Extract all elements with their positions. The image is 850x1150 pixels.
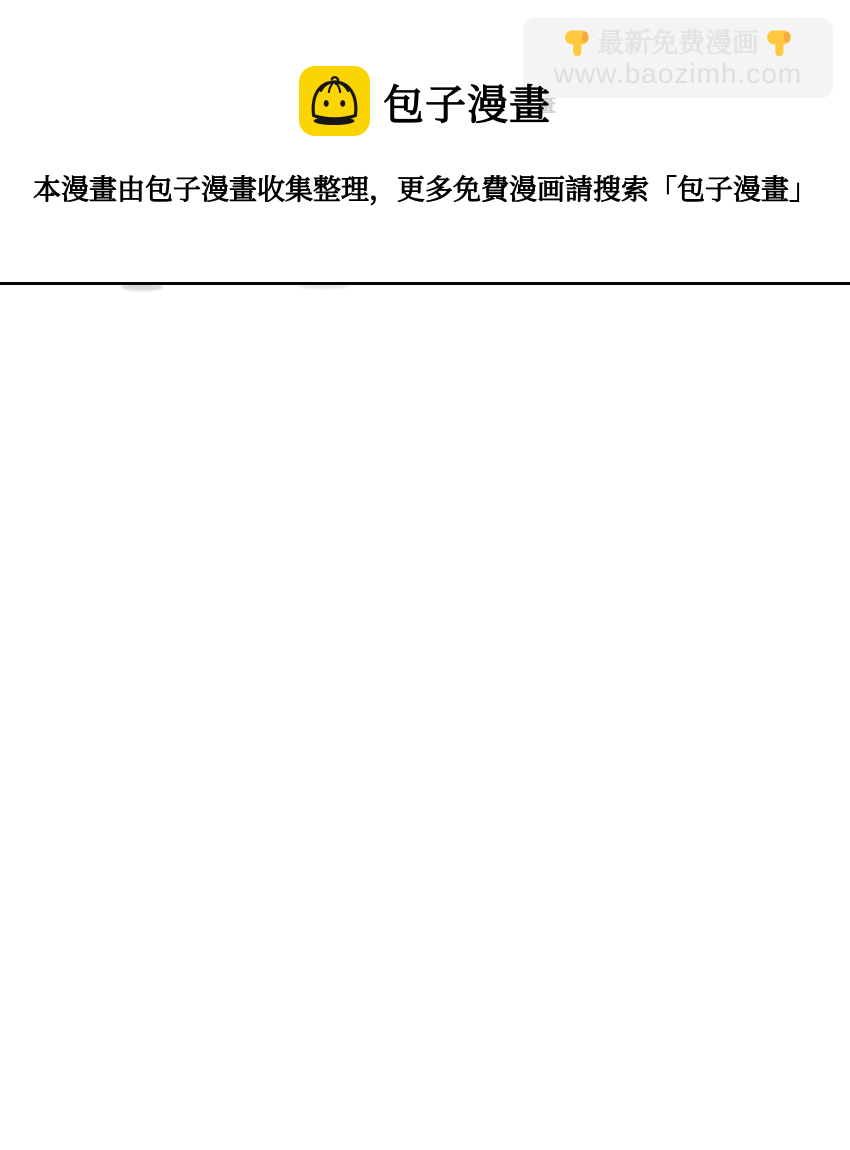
watermark-text: 最新免费漫画 <box>597 28 759 58</box>
brand-header: 包子漫畫 <box>0 66 850 136</box>
notice-text: 本漫畫由包子漫畫收集整理，更多免費漫画請搜索「包子漫畫」 <box>0 173 850 206</box>
brand-title: 包子漫畫 <box>383 72 551 131</box>
hand-down-icon <box>562 28 592 58</box>
hand-down-icon <box>764 28 794 58</box>
baozi-logo-icon <box>299 66 370 136</box>
comic-page: 最新免费漫画 www.baozimh.com <box>0 0 850 1150</box>
watermark-line1: 最新免费漫画 <box>562 28 794 58</box>
section-divider <box>0 282 850 285</box>
